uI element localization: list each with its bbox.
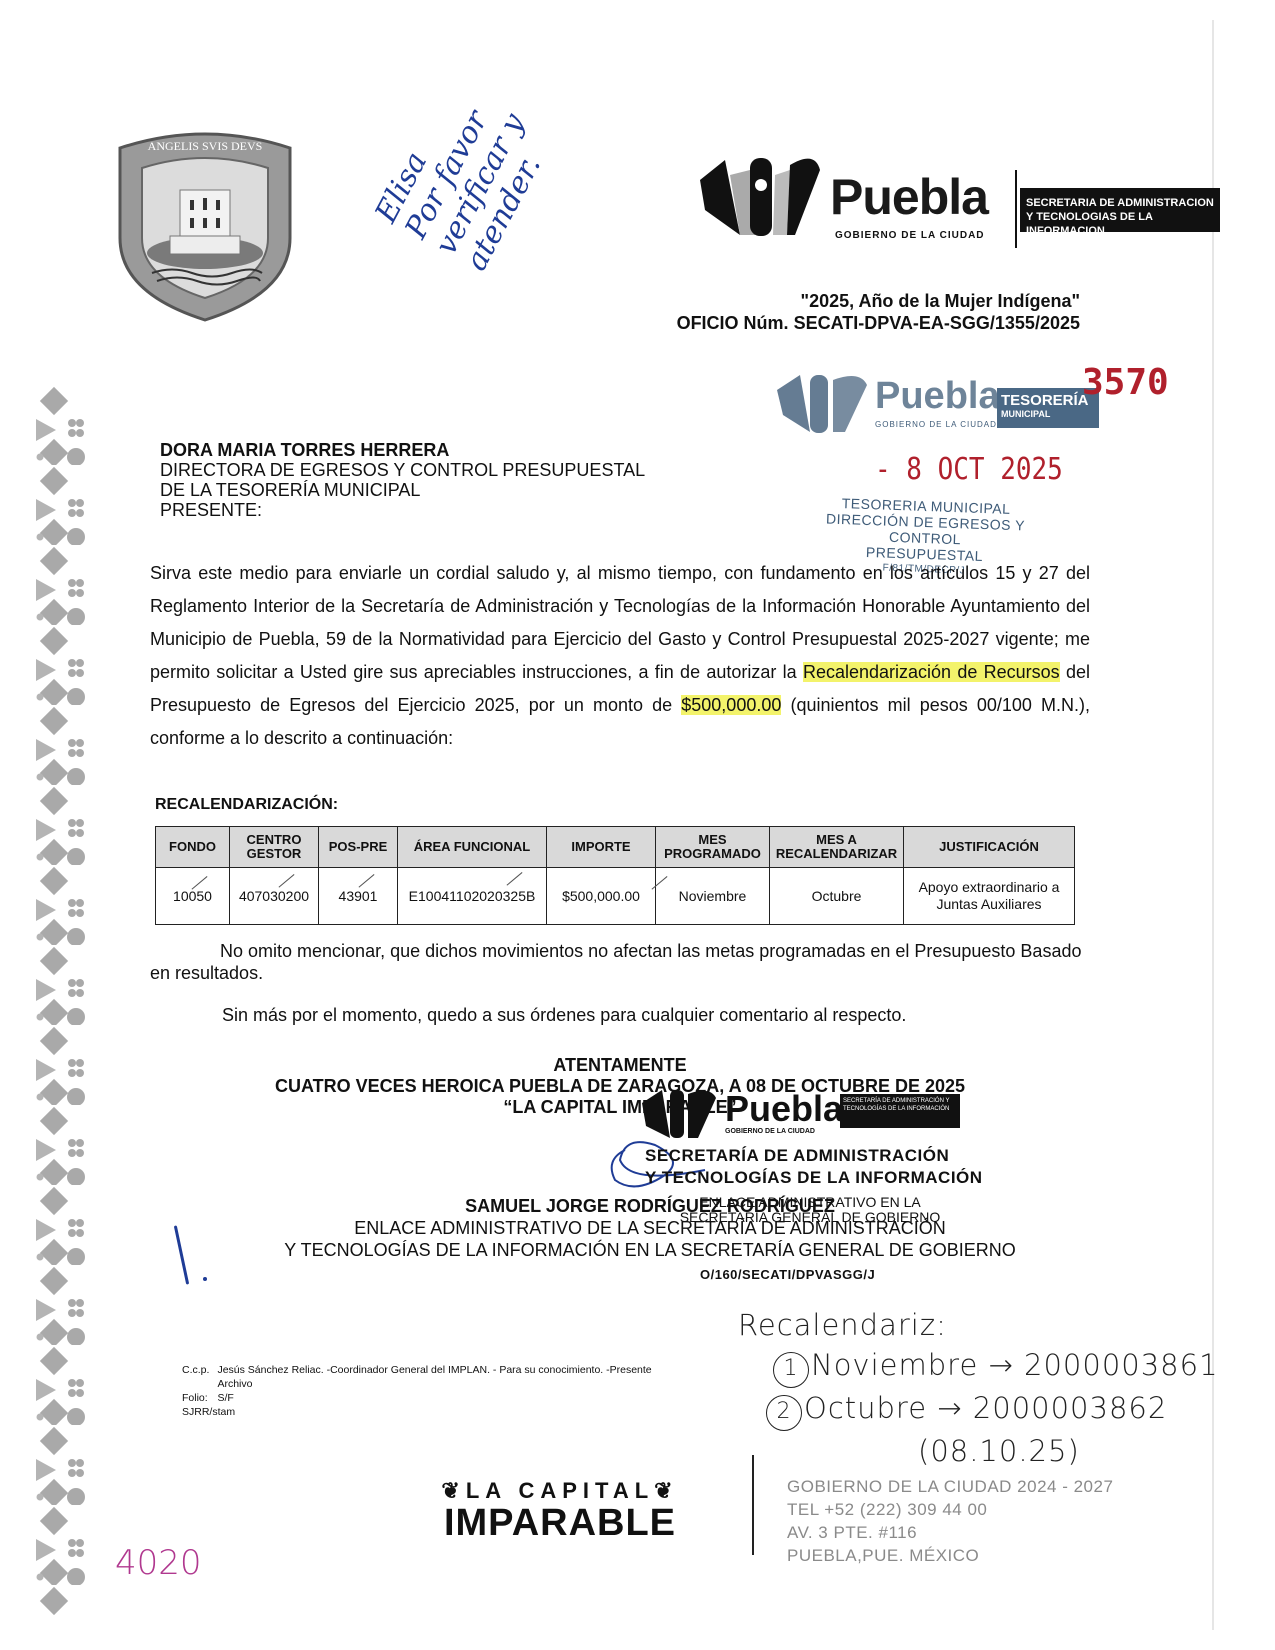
oficio-number: OFICIO Núm. SECATI-DPVA-EA-SGG/1355/2025 bbox=[677, 312, 1080, 334]
closing-atentamente: ATENTAMENTE bbox=[240, 1055, 1000, 1076]
col-centro-gestor: CENTRO GESTOR bbox=[230, 827, 319, 868]
pen-mark bbox=[174, 1225, 189, 1284]
table-title: RECALENDARIZACIÓN: bbox=[155, 796, 338, 814]
logo-divider bbox=[1015, 170, 1017, 248]
col-fondo: FONDO bbox=[156, 827, 230, 868]
cell-importe: $500,000.00 bbox=[547, 868, 656, 925]
puebla-emblem-icon bbox=[775, 370, 870, 435]
wing-left-icon: ❦ bbox=[441, 1478, 465, 1503]
reference-block: "2025, Año de la Mujer Indígena" OFICIO … bbox=[677, 290, 1080, 334]
table-header-row: FONDO CENTRO GESTOR POS-PRE ÁREA FUNCION… bbox=[156, 827, 1075, 868]
logo-wordmark: Puebla bbox=[830, 168, 988, 226]
logo-subtitle: GOBIERNO DE LA CIUDAD bbox=[835, 230, 985, 241]
cell-area-funcional: E10041102020325B bbox=[398, 868, 547, 925]
addressee-name: DORA MARIA TORRES HERRERA bbox=[160, 440, 645, 460]
stamp-wordmark: Puebla bbox=[875, 375, 1000, 418]
signer-block: SAMUEL JORGE RODRÍGUEZ RODRÍGUEZ ENLACE … bbox=[240, 1195, 1060, 1261]
puebla-header-logo: Puebla GOBIERNO DE LA CIUDAD SECRETARIA … bbox=[695, 150, 1215, 250]
year-motto: "2025, Año de la Mujer Indígena" bbox=[677, 290, 1080, 312]
highlighted-text: Recalendarización de Recursos bbox=[803, 662, 1060, 682]
decorative-border bbox=[30, 385, 100, 1615]
wing-right-icon: ❦ bbox=[654, 1478, 678, 1503]
addressee-block: DORA MARIA TORRES HERRERA DIRECTORA DE E… bbox=[160, 440, 645, 520]
paragraph-no-omito: No omito mencionar, que dichos movimient… bbox=[150, 940, 1090, 984]
signer-name: SAMUEL JORGE RODRÍGUEZ RODRÍGUEZ bbox=[240, 1195, 1060, 1217]
pen-dot bbox=[203, 1277, 207, 1281]
col-mes-programado: MES PROGRAMADO bbox=[656, 827, 770, 868]
cell-justificacion: Apoyo extraordinario a Juntas Auxiliares bbox=[904, 868, 1075, 925]
addressee-office: DE LA TESORERÍA MUNICIPAL bbox=[160, 480, 645, 500]
cell-mes-programado: Noviembre bbox=[656, 868, 770, 925]
table-row: 10050 407030200 43901 E10041102020325B $… bbox=[156, 868, 1075, 925]
col-mes-recalendarizar: MES A RECALENDARIZAR bbox=[770, 827, 904, 868]
received-number-stamp: 3570 bbox=[1082, 362, 1169, 403]
secretaria-stamp: SECRETARÍA DE ADMINISTRACIÓN Y TECNOLOGÍ… bbox=[645, 1145, 983, 1189]
stamp-subtitle: GOBIERNO DE LA CIUDAD bbox=[875, 420, 997, 429]
paragraph-sin-mas: Sin más por el momento, quedo a sus órde… bbox=[222, 1005, 906, 1026]
footer-brand: ❦LA CAPITAL❦ IMPARABLE bbox=[410, 1478, 710, 1542]
city-shield-logo: ANGELIS SVIS DEVS bbox=[112, 128, 298, 324]
highlighted-amount: $500,000.00 bbox=[681, 695, 781, 715]
received-date-stamp: - 8 OCT 2025 bbox=[875, 453, 1063, 488]
treasury-stamp-logo: Puebla GOBIERNO DE LA CIUDAD TESORERÍA M… bbox=[775, 370, 1105, 440]
handwritten-note-bottom: Recalendariz: 1Noviembre → 2000003861 2O… bbox=[728, 1305, 1219, 1471]
footer-divider bbox=[752, 1455, 754, 1555]
signer-title: ENLACE ADMINISTRATIVO DE LA SECRETARÍA D… bbox=[240, 1217, 1060, 1239]
addressee-presente: PRESENTE: bbox=[160, 500, 645, 520]
footer-info: GOBIERNO DE LA CIUDAD 2024 - 2027 TEL +5… bbox=[787, 1475, 1113, 1567]
handwritten-note-top: Elisa Por favor verificar y atender. bbox=[369, 62, 590, 287]
folio-stamp: O/160/SECATI/DPVASGG/J bbox=[700, 1267, 875, 1282]
addressee-title: DIRECTORA DE EGRESOS Y CONTROL PRESUPUES… bbox=[160, 460, 645, 480]
col-area-funcional: ÁREA FUNCIONAL bbox=[398, 827, 547, 868]
svg-text:ANGELIS SVIS DEVS: ANGELIS SVIS DEVS bbox=[148, 139, 263, 153]
body-paragraph: Sirva este medio para enviarle un cordia… bbox=[150, 557, 1090, 755]
cell-mes-recalendarizar: Octubre bbox=[770, 868, 904, 925]
col-pos-pre: POS-PRE bbox=[319, 827, 398, 868]
col-justificacion: JUSTIFICACIÓN bbox=[904, 827, 1075, 868]
col-importe: IMPORTE bbox=[547, 827, 656, 868]
puebla-emblem-icon bbox=[695, 150, 825, 240]
handwritten-pink-number: 4020 bbox=[115, 1543, 202, 1583]
department-box: SECRETARIA DE ADMINISTRACION Y TECNOLOGI… bbox=[1020, 188, 1220, 232]
signer-title-cont: Y TECNOLOGÍAS DE LA INFORMACIÓN EN LA SE… bbox=[240, 1239, 1060, 1261]
ccp-block: C.c.p.Jesús Sánchez Reliac. -Coordinador… bbox=[180, 1362, 660, 1420]
